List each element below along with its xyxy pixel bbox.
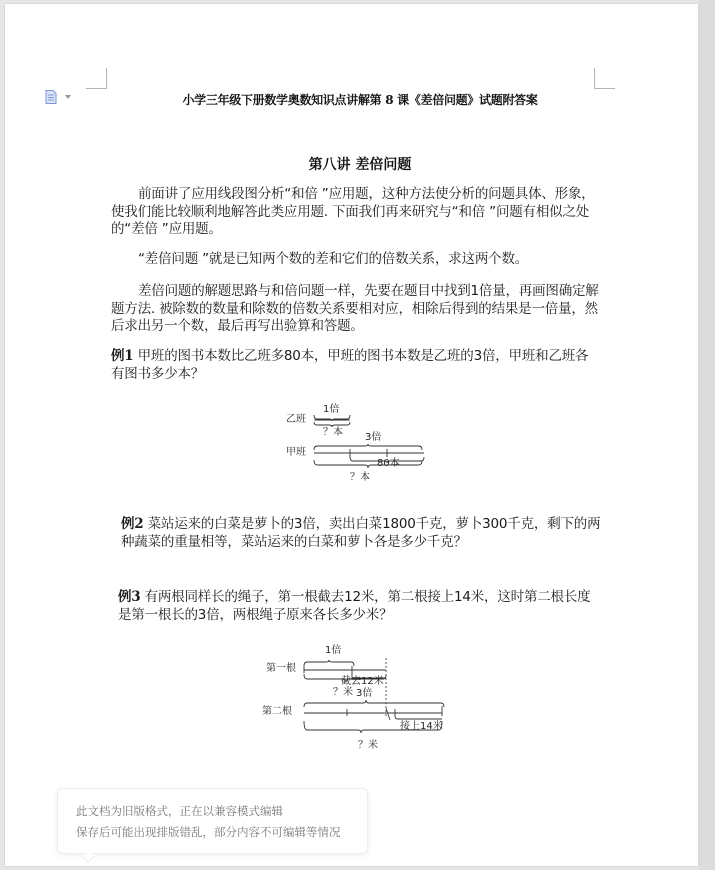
- diagram1-row2-diff: 80本: [377, 456, 400, 469]
- toast-message-line-1: 此文档为旧版格式，正在以兼容模式编辑: [76, 803, 283, 819]
- intro-paragraph: 前面讲了应用线段图分析“和倍 ”应用题，这种方法使分析的问题具体、形象，使我们能…: [111, 186, 601, 239]
- diagram2-row1-label: 第一根: [266, 661, 296, 674]
- example-3-text: 有两根同样长的绳子，第一根截去12米，第二根接上14米，这时第二根长度是第一根长…: [118, 589, 590, 623]
- example-2-label: 例2: [121, 516, 144, 532]
- scrollbar-track[interactable]: [699, 0, 715, 870]
- example-3: 例3 有两根同样长的绳子，第一根截去12米，第二根接上14米，这时第二根长度是第…: [118, 589, 598, 624]
- page-header-title: 小学三年级下册数学奥数知识点讲解第 8 课《差倍问题》试题附答案: [110, 91, 610, 108]
- diagram1-row2-bottom: ？本: [350, 470, 370, 483]
- diagram2-row1-bottom: ？米: [333, 685, 353, 698]
- diagram1-row1-bottom: ？本: [323, 425, 343, 438]
- example-3-label: 例3: [118, 589, 141, 605]
- example-1: 例1 甲班的图书本数比乙班多80本，甲班的图书本数是乙班的3倍，甲班和乙班各有图…: [111, 348, 601, 383]
- method-paragraph: 差倍问题的解题思路与和倍问题一样，先要在题目中找到1倍量，再画图确定解题方法. …: [111, 283, 601, 336]
- diagram2-row2-bottom: ？米: [358, 738, 378, 751]
- diagram1-row1-top: 1倍: [323, 402, 339, 415]
- diagram1-row2-label: 甲班: [286, 445, 306, 458]
- margin-corner-top-left: [86, 68, 107, 89]
- chapter-title: 第八讲 差倍问题: [110, 154, 610, 174]
- example-2: 例2 菜站运来的白菜是萝卜的3倍，卖出白菜1800千克，萝卜300千克，剩下的两…: [121, 516, 601, 551]
- margin-corner-top-right: [594, 68, 615, 89]
- diagram2-row2-label: 第二根: [262, 704, 292, 717]
- diagram-example-1: 乙班 1倍 ？本 3倍 甲班 80本 ？本: [280, 400, 440, 490]
- example-1-text: 甲班的图书本数比乙班多80本，甲班的图书本数是乙班的3倍，甲班和乙班各有图书多少…: [111, 348, 588, 382]
- example-1-label: 例1: [111, 348, 134, 364]
- chevron-down-icon[interactable]: [65, 95, 71, 99]
- diagram2-row1-top: 1倍: [325, 643, 341, 656]
- document-icon[interactable]: [45, 90, 57, 104]
- toast-message-line-2: 保存后可能出现排版错乱，部分内容不可编辑等情况: [76, 824, 341, 840]
- diagram1-row2-top: 3倍: [365, 430, 381, 443]
- diagram2-row1-cut: 截去12米: [341, 674, 384, 687]
- compatibility-mode-toast[interactable]: 此文档为旧版格式，正在以兼容模式编辑 保存后可能出现排版错乱，部分内容不可编辑等…: [57, 788, 368, 854]
- diagram2-row2-top: 3倍: [356, 686, 372, 699]
- definition-paragraph: “差倍问题 ”就是已知两个数的差和它们的倍数关系，求这两个数。: [111, 251, 601, 269]
- diagram-example-3: 第一根 1倍 截去12米 ？米 3倍 第二根 接上14米 ？米: [255, 640, 455, 755]
- diagram1-row1-label: 乙班: [286, 412, 306, 425]
- example-2-text: 菜站运来的白菜是萝卜的3倍，卖出白菜1800千克，萝卜300千克，剩下的两种蔬菜…: [121, 516, 600, 550]
